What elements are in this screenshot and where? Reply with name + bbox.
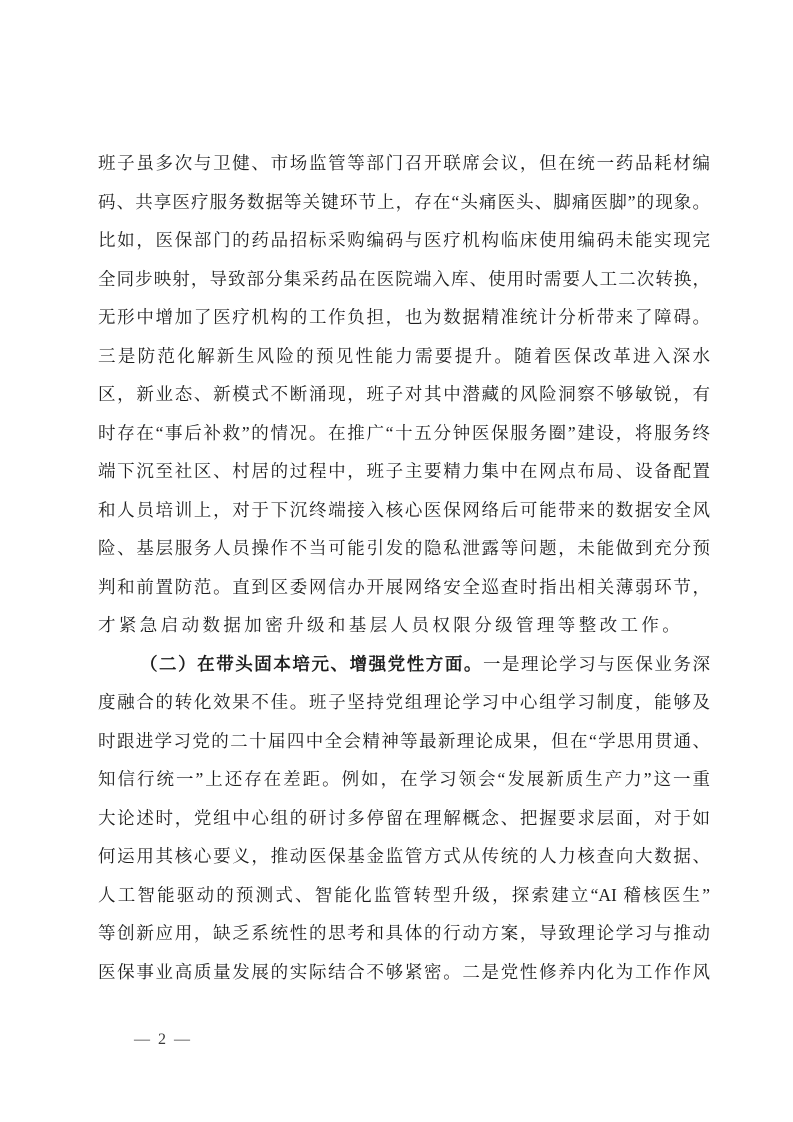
text-line: 医保事业高质量发展的实际结合不够紧密。二是党性修养内化为工作作风 bbox=[98, 953, 710, 992]
text-line: 何运用其核心要义，推动医保基金监管方式从传统的人力核查向大数据、 bbox=[98, 837, 710, 876]
text-line: 知信行统一”上还存在差距。例如，在学习领会“发展新质生产力”这一重 bbox=[98, 760, 710, 799]
body-text: 班子虽多次与卫健、市场监管等部门召开联席会议，但在统一药品耗材编 bbox=[98, 153, 710, 173]
body-text: 一是理论学习与医保业务深 bbox=[483, 654, 710, 674]
page-footer: — 2 — bbox=[134, 1031, 192, 1049]
body-text: 何运用其核心要义，推动医保基金监管方式从传统的人力核查向大数据、 bbox=[98, 846, 710, 866]
body-text: 知信行统一”上还存在差距。例如，在学习领会“发展新质生产力”这一重 bbox=[98, 769, 710, 789]
body-text: 三是防范化解新生风险的预见性能力需要提升。随着医保改革进入深水 bbox=[98, 346, 710, 366]
body-text: 和人员培训上，对于下沉终端接入核心医保网络后可能带来的数据安全风 bbox=[98, 500, 710, 520]
paragraph: （二）在带头固本培元、增强党性方面。一是理论学习与医保业务深度融合的转化效果不佳… bbox=[98, 645, 710, 992]
body-text: 等创新应用，缺乏系统性的思考和具体的行动方案，导致理论学习与推动 bbox=[98, 923, 710, 943]
text-line: 无形中增加了医疗机构的工作负担，也为数据精准统计分析带来了障碍。 bbox=[98, 298, 710, 337]
body-text: 码、共享医疗服务数据等关键环节上，存在“头痛医头、脚痛医脚”的现象。 bbox=[98, 192, 710, 212]
body-text: 判和前置防范。直到区委网信办开展网络安全巡查时指出相关薄弱环节， bbox=[98, 577, 710, 597]
text-line: 等创新应用，缺乏系统性的思考和具体的行动方案，导致理论学习与推动 bbox=[98, 914, 710, 953]
text-line: 大论述时，党组中心组的研讨多停留在理解概念、把握要求层面，对于如 bbox=[98, 799, 710, 838]
text-line: （二）在带头固本培元、增强党性方面。一是理论学习与医保业务深 bbox=[98, 645, 710, 684]
text-line: 三是防范化解新生风险的预见性能力需要提升。随着医保改革进入深水 bbox=[98, 337, 710, 376]
body-text: 度融合的转化效果不佳。班子坚持党组理论学习中心组学习制度，能够及 bbox=[98, 692, 710, 712]
body-text: 全同步映射，导致部分集采药品在医院端入库、使用时需要人工二次转换， bbox=[98, 269, 710, 289]
body-text: 时存在“事后补救”的情况。在推广“十五分钟医保服务圈”建设，将服务终 bbox=[98, 423, 710, 443]
text-line: 才紧急启动数据加密升级和基层人员权限分级管理等整改工作。 bbox=[98, 606, 710, 645]
text-line: 判和前置防范。直到区委网信办开展网络安全巡查时指出相关薄弱环节， bbox=[98, 568, 710, 607]
body-text: 险、基层服务人员操作不当可能引发的隐私泄露等问题，未能做到充分预 bbox=[98, 538, 710, 558]
body-text: 才紧急启动数据加密升级和基层人员权限分级管理等整改工作。 bbox=[98, 615, 683, 635]
text-line: 端下沉至社区、村居的过程中，班子主要精力集中在网点布局、设备配置 bbox=[98, 452, 710, 491]
text-line: 码、共享医疗服务数据等关键环节上，存在“头痛医头、脚痛医脚”的现象。 bbox=[98, 183, 710, 222]
page-number: — 2 — bbox=[134, 1031, 192, 1048]
text-line: 人工智能驱动的预测式、智能化监管转型升级，探索建立“AI 稽核医生” bbox=[98, 876, 710, 915]
text-line: 班子虽多次与卫健、市场监管等部门召开联席会议，但在统一药品耗材编 bbox=[98, 144, 710, 183]
section-heading-text: （二）在带头固本培元、增强党性方面。 bbox=[140, 654, 483, 674]
body-text: 人工智能驱动的预测式、智能化监管转型升级，探索建立“AI 稽核医生” bbox=[98, 885, 710, 905]
text-line: 比如，医保部门的药品招标采购编码与医疗机构临床使用编码未能实现完 bbox=[98, 221, 710, 260]
paragraph: 班子虽多次与卫健、市场监管等部门召开联席会议，但在统一药品耗材编码、共享医疗服务… bbox=[98, 144, 710, 645]
text-line: 区，新业态、新模式不断涌现，班子对其中潜藏的风险洞察不够敏锐，有 bbox=[98, 375, 710, 414]
text-line: 时存在“事后补救”的情况。在推广“十五分钟医保服务圈”建设，将服务终 bbox=[98, 414, 710, 453]
text-line: 全同步映射，导致部分集采药品在医院端入库、使用时需要人工二次转换， bbox=[98, 260, 710, 299]
text-line: 险、基层服务人员操作不当可能引发的隐私泄露等问题，未能做到充分预 bbox=[98, 529, 710, 568]
text-line: 和人员培训上，对于下沉终端接入核心医保网络后可能带来的数据安全风 bbox=[98, 491, 710, 530]
body-text: 区，新业态、新模式不断涌现，班子对其中潜藏的风险洞察不够敏锐，有 bbox=[98, 384, 710, 404]
document-body: 班子虽多次与卫健、市场监管等部门召开联席会议，但在统一药品耗材编码、共享医疗服务… bbox=[98, 144, 710, 991]
body-text: 医保事业高质量发展的实际结合不够紧密。二是党性修养内化为工作作风 bbox=[98, 962, 710, 982]
body-text: 无形中增加了医疗机构的工作负担，也为数据精准统计分析带来了障碍。 bbox=[98, 307, 710, 327]
text-line: 度融合的转化效果不佳。班子坚持党组理论学习中心组学习制度，能够及 bbox=[98, 683, 710, 722]
body-text: 时跟进学习党的二十届四中全会精神等最新理论成果，但在“学思用贯通、 bbox=[98, 731, 710, 751]
document-page: 班子虽多次与卫健、市场监管等部门召开联席会议，但在统一药品耗材编码、共享医疗服务… bbox=[0, 0, 793, 1122]
text-line: 时跟进学习党的二十届四中全会精神等最新理论成果，但在“学思用贯通、 bbox=[98, 722, 710, 761]
body-text: 端下沉至社区、村居的过程中，班子主要精力集中在网点布局、设备配置 bbox=[98, 461, 710, 481]
body-text: 比如，医保部门的药品招标采购编码与医疗机构临床使用编码未能实现完 bbox=[98, 230, 710, 250]
body-text: 大论述时，党组中心组的研讨多停留在理解概念、把握要求层面，对于如 bbox=[98, 808, 710, 828]
